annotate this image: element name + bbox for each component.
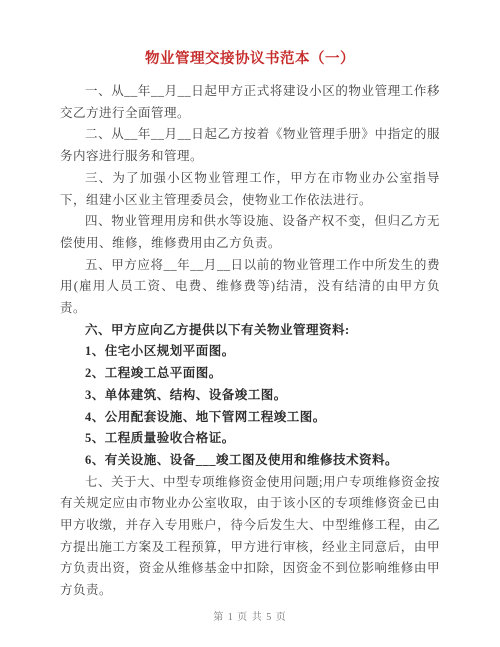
paragraph: 四、物业管理用房和供水等设施、设备产权不变，但归乙方无偿使用、维修，维修费用由乙… bbox=[60, 211, 440, 254]
paragraph: 6、有关设施、设备___竣工图及使用和维修技术资料。 bbox=[60, 450, 440, 472]
paragraph: 5、工程质量验收合格证。 bbox=[60, 428, 440, 450]
page-number: 第 1 页 共 5 页 bbox=[0, 608, 500, 623]
paragraph: 六、甲方应向乙方提供以下有关物业管理资料: bbox=[60, 320, 440, 342]
paragraph: 4、公用配套设施、地下管网工程竣工图。 bbox=[60, 407, 440, 429]
paragraph: 七、关于大、中型专项维修资金使用问题;用户专项维修资金按有关规定应由市物业办公室… bbox=[60, 472, 440, 602]
paragraph: 三、为了加强小区物业管理工作，甲方在市物业办公室指导下，组建小区业主管理委员会，… bbox=[60, 168, 440, 211]
paragraph: 一、从__年__月__日起甲方正式将建设小区的物业管理工作移交乙方进行全面管理。 bbox=[60, 81, 440, 124]
page-title: 物业管理交接协议书范本（一） bbox=[60, 46, 440, 72]
paragraph: 1、住宅小区规划平面图。 bbox=[60, 341, 440, 363]
paragraph: 2、工程竣工总平面图。 bbox=[60, 363, 440, 385]
paragraph: 3、单体建筑、结构、设备竣工图。 bbox=[60, 385, 440, 407]
paragraph: 五、甲方应将__年__月__日以前的物业管理工作中所发生的费用(雇用人员工资、电… bbox=[60, 255, 440, 320]
document-body: 一、从__年__月__日起甲方正式将建设小区的物业管理工作移交乙方进行全面管理。… bbox=[60, 81, 440, 602]
paragraph: 二、从__年__月__日起乙方按着《物业管理手册》中指定的服务内容进行服务和管理… bbox=[60, 124, 440, 167]
document-page: 物业管理交接协议书范本（一） 一、从__年__月__日起甲方正式将建设小区的物业… bbox=[0, 0, 500, 647]
